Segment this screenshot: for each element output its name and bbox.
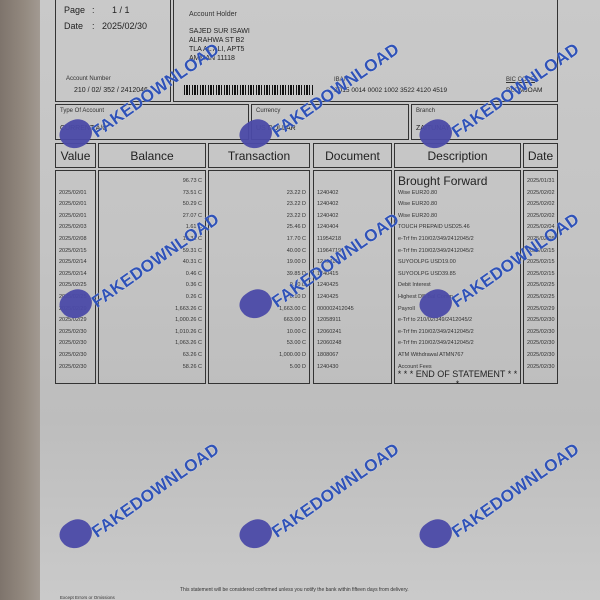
row-balance: 1,000.26 C — [175, 317, 202, 323]
row-description: TOUCH PREPAID USD25.46 — [398, 224, 470, 230]
barcode — [184, 85, 314, 95]
row-document: 1240415 — [317, 271, 338, 277]
row-value-date: 2025/02/14 — [59, 271, 87, 277]
row-date: 2025/02/25 — [527, 282, 555, 288]
row-document: 1240402 — [317, 201, 338, 207]
bic-value: BLOMJOAM — [506, 87, 542, 94]
row-date: 2025/02/30 — [527, 352, 555, 358]
row-value-date: 2025/02/01 — [59, 201, 87, 207]
confirmation-notice: This statement will be considered confir… — [180, 587, 409, 593]
row-description: ATM Withdrawal ATMN767 — [398, 352, 464, 358]
row-document: 1808067 — [317, 352, 338, 358]
row-value-date: 2025/02/14 — [59, 259, 87, 265]
row-value-date: 2025/02/01 — [59, 213, 87, 219]
account-holder-label: Account Holder — [189, 11, 237, 18]
branch-value: ZAITUNAY — [416, 125, 450, 132]
row-value-date: 2025/02/25 — [59, 294, 87, 300]
row-transaction: 5.00 D — [290, 364, 306, 370]
row-transaction: 19.00 D — [287, 259, 306, 265]
iban-value: JO15 0014 0002 1002 3522 4120 4519 — [334, 87, 447, 94]
row-document: 1240402 — [317, 190, 338, 196]
row-value-date: 2025/02/25 — [59, 282, 87, 288]
row-balance: 0.26 C — [186, 294, 202, 300]
row-description: Wise EUR20.80 — [398, 190, 437, 196]
account-number: 210 / 02/ 352 / 2412046 — [74, 87, 148, 94]
row-transaction: 39.85 D — [287, 271, 306, 277]
column-document: 1240402124040212404021240404119542181196… — [313, 170, 392, 384]
row-value-date: 2025/02/30 — [59, 352, 87, 358]
background-surface — [0, 0, 40, 600]
column-date: 2025/01/312025/02/022025/02/022025/02/02… — [523, 170, 558, 384]
row-date: 2025/02/25 — [527, 294, 555, 300]
row-description: e-Trf fm 210/02/349/2412045/2 — [398, 340, 474, 346]
header-description: Description — [394, 143, 521, 168]
row-balance: 1,663.26 C — [175, 306, 202, 312]
row-date: 2025/02/15 — [527, 259, 555, 265]
column-description: Brought Forward * * * END OF STATEMENT *… — [394, 170, 521, 384]
row-transaction: 23.22 D — [287, 201, 306, 207]
column-balance: 96.73 C73.51 C50.29 C27.07 C1.61 C19.31 … — [98, 170, 206, 384]
account-type-value: CURRENT A/C — [60, 125, 107, 132]
row-description: e-Trf fm 210/02/349/2412045/2 — [398, 248, 474, 254]
row-description: SUYOOLPG USD19.00 — [398, 259, 456, 265]
row-description: Debit Interest — [398, 282, 431, 288]
row-transaction: 23.22 D — [287, 190, 306, 196]
row-document: 1240430 — [317, 364, 338, 370]
account-number-label: Account Number — [66, 76, 111, 82]
header-value: Value — [55, 143, 96, 168]
row-balance: 1,063.26 C — [175, 340, 202, 346]
row-description: e-Trf fm 210/02/349/2412045/2 — [398, 329, 474, 335]
row-description: e-Trf to 210/02/349/2412045/2 — [398, 317, 472, 323]
currency-box: Currency US DOLLAR — [251, 104, 409, 140]
row-balance: 63.26 C — [183, 352, 202, 358]
row-balance: 58.26 C — [183, 364, 202, 370]
row-document: 12060241 — [317, 329, 341, 335]
row-document: 1240425 — [317, 294, 338, 300]
row-description: Wise EUR20.80 — [398, 201, 437, 207]
row-value-date: 2025/02/30 — [59, 329, 87, 335]
account-holder-box: Account Holder SAJED SUR ISAWI ALRAHWA S… — [173, 0, 558, 102]
row-date: 2025/02/02 — [527, 213, 555, 219]
row-value-date: 2025/02/01 — [59, 190, 87, 196]
row-date: 2025/02/02 — [527, 201, 555, 207]
row-value-date: 2025/02/03 — [59, 224, 87, 230]
row-balance: 59.31 C — [183, 248, 202, 254]
row-value-date: 2025/02/08 — [59, 236, 87, 242]
statement-date: Date:2025/02/30 — [64, 21, 147, 31]
row-document: 12058911 — [317, 317, 341, 323]
row-transaction: 23.22 D — [287, 213, 306, 219]
row-description: Payroll — [398, 306, 415, 312]
column-value: 2025/02/012025/02/012025/02/012025/02/03… — [55, 170, 96, 384]
row-date: 2025/02/29 — [527, 306, 555, 312]
opening-date: 2025/01/31 — [527, 178, 555, 184]
page-number: Page:1 / 1 — [64, 5, 130, 15]
row-transaction: 0.10 D — [290, 294, 306, 300]
row-balance: 19.31 C — [183, 236, 202, 242]
row-document: 1240415 — [317, 259, 338, 265]
opening-balance: 96.73 C — [183, 178, 202, 184]
header-document: Document — [313, 143, 392, 168]
row-description: Highest DB Bal Comm — [398, 294, 453, 300]
row-transaction: 25.46 D — [287, 224, 306, 230]
row-value-date: 2025/02/29 — [59, 317, 87, 323]
row-document: 000002412045 — [317, 306, 354, 312]
holder-address: SAJED SUR ISAWI ALRAHWA ST B2 TLA AL ALI… — [189, 27, 250, 63]
header-transaction: Transaction — [208, 143, 310, 168]
row-balance: 73.51 C — [183, 190, 202, 196]
row-document: 1240402 — [317, 213, 338, 219]
row-transaction: 663.00 D — [284, 317, 306, 323]
row-transaction: 10.00 C — [287, 329, 306, 335]
row-value-date: 2025/02/29 — [59, 306, 87, 312]
currency-value: US DOLLAR — [256, 125, 296, 132]
row-balance: 50.29 C — [183, 201, 202, 207]
row-document: 11954218 — [317, 236, 341, 242]
row-balance: 40.31 C — [183, 259, 202, 265]
row-value-date: 2025/02/30 — [59, 340, 87, 346]
header-balance: Balance — [98, 143, 206, 168]
header-date: Date — [523, 143, 558, 168]
row-description: Wise EUR20.80 — [398, 213, 437, 219]
page-info-box: Page:1 / 1 Date:2025/02/30 Account Numbe… — [55, 0, 171, 102]
row-value-date: 2025/02/15 — [59, 248, 87, 254]
row-transaction: 17.70 C — [287, 236, 306, 242]
branch-box: Branch ZAITUNAY — [411, 104, 558, 140]
row-transaction: 1,663.00 C — [279, 306, 306, 312]
row-balance: 1.61 C — [186, 224, 202, 230]
row-transaction: 0.10 D — [290, 282, 306, 288]
row-description: SUYOOLPG USD39.85 — [398, 271, 456, 277]
row-date: 2025/02/15 — [527, 248, 555, 254]
row-description: e-Trf fm 210/02/349/2412045/2 — [398, 236, 474, 242]
account-type-box: Type Of Account CURRENT A/C — [55, 104, 249, 140]
bic-label: BIC CODE — [506, 77, 535, 83]
row-transaction: 1,000.00 D — [279, 352, 306, 358]
row-document: 11964719 — [317, 248, 341, 254]
row-document: 1240425 — [317, 282, 338, 288]
row-balance: 27.07 C — [183, 213, 202, 219]
row-date: 2025/02/02 — [527, 190, 555, 196]
row-value-date: 2025/02/30 — [59, 364, 87, 370]
errors-omissions: Except Errors or Omissions — [60, 595, 115, 600]
row-date: 2025/02/08 — [527, 236, 555, 242]
row-date: 2025/02/30 — [527, 364, 555, 370]
row-balance: 0.36 C — [186, 282, 202, 288]
row-balance: 1,010.26 C — [175, 329, 202, 335]
row-balance: 0.46 C — [186, 271, 202, 277]
row-document: 1240404 — [317, 224, 338, 230]
brought-forward: Brought Forward — [398, 174, 487, 188]
row-transaction: 40.00 C — [287, 248, 306, 254]
row-transaction: 53.00 C — [287, 340, 306, 346]
row-document: 12060248 — [317, 340, 341, 346]
end-of-statement: * * * END OF STATEMENT * * * — [395, 369, 520, 389]
row-date: 2025/02/04 — [527, 224, 555, 230]
row-date: 2025/02/30 — [527, 340, 555, 346]
column-transaction: 23.22 D23.22 D23.22 D25.46 D17.70 C40.00… — [208, 170, 310, 384]
row-date: 2025/02/30 — [527, 329, 555, 335]
row-description: Account Fees — [398, 364, 432, 370]
row-date: 2025/02/15 — [527, 271, 555, 277]
row-date: 2025/02/30 — [527, 317, 555, 323]
iban-label: IBAN — [334, 77, 348, 83]
